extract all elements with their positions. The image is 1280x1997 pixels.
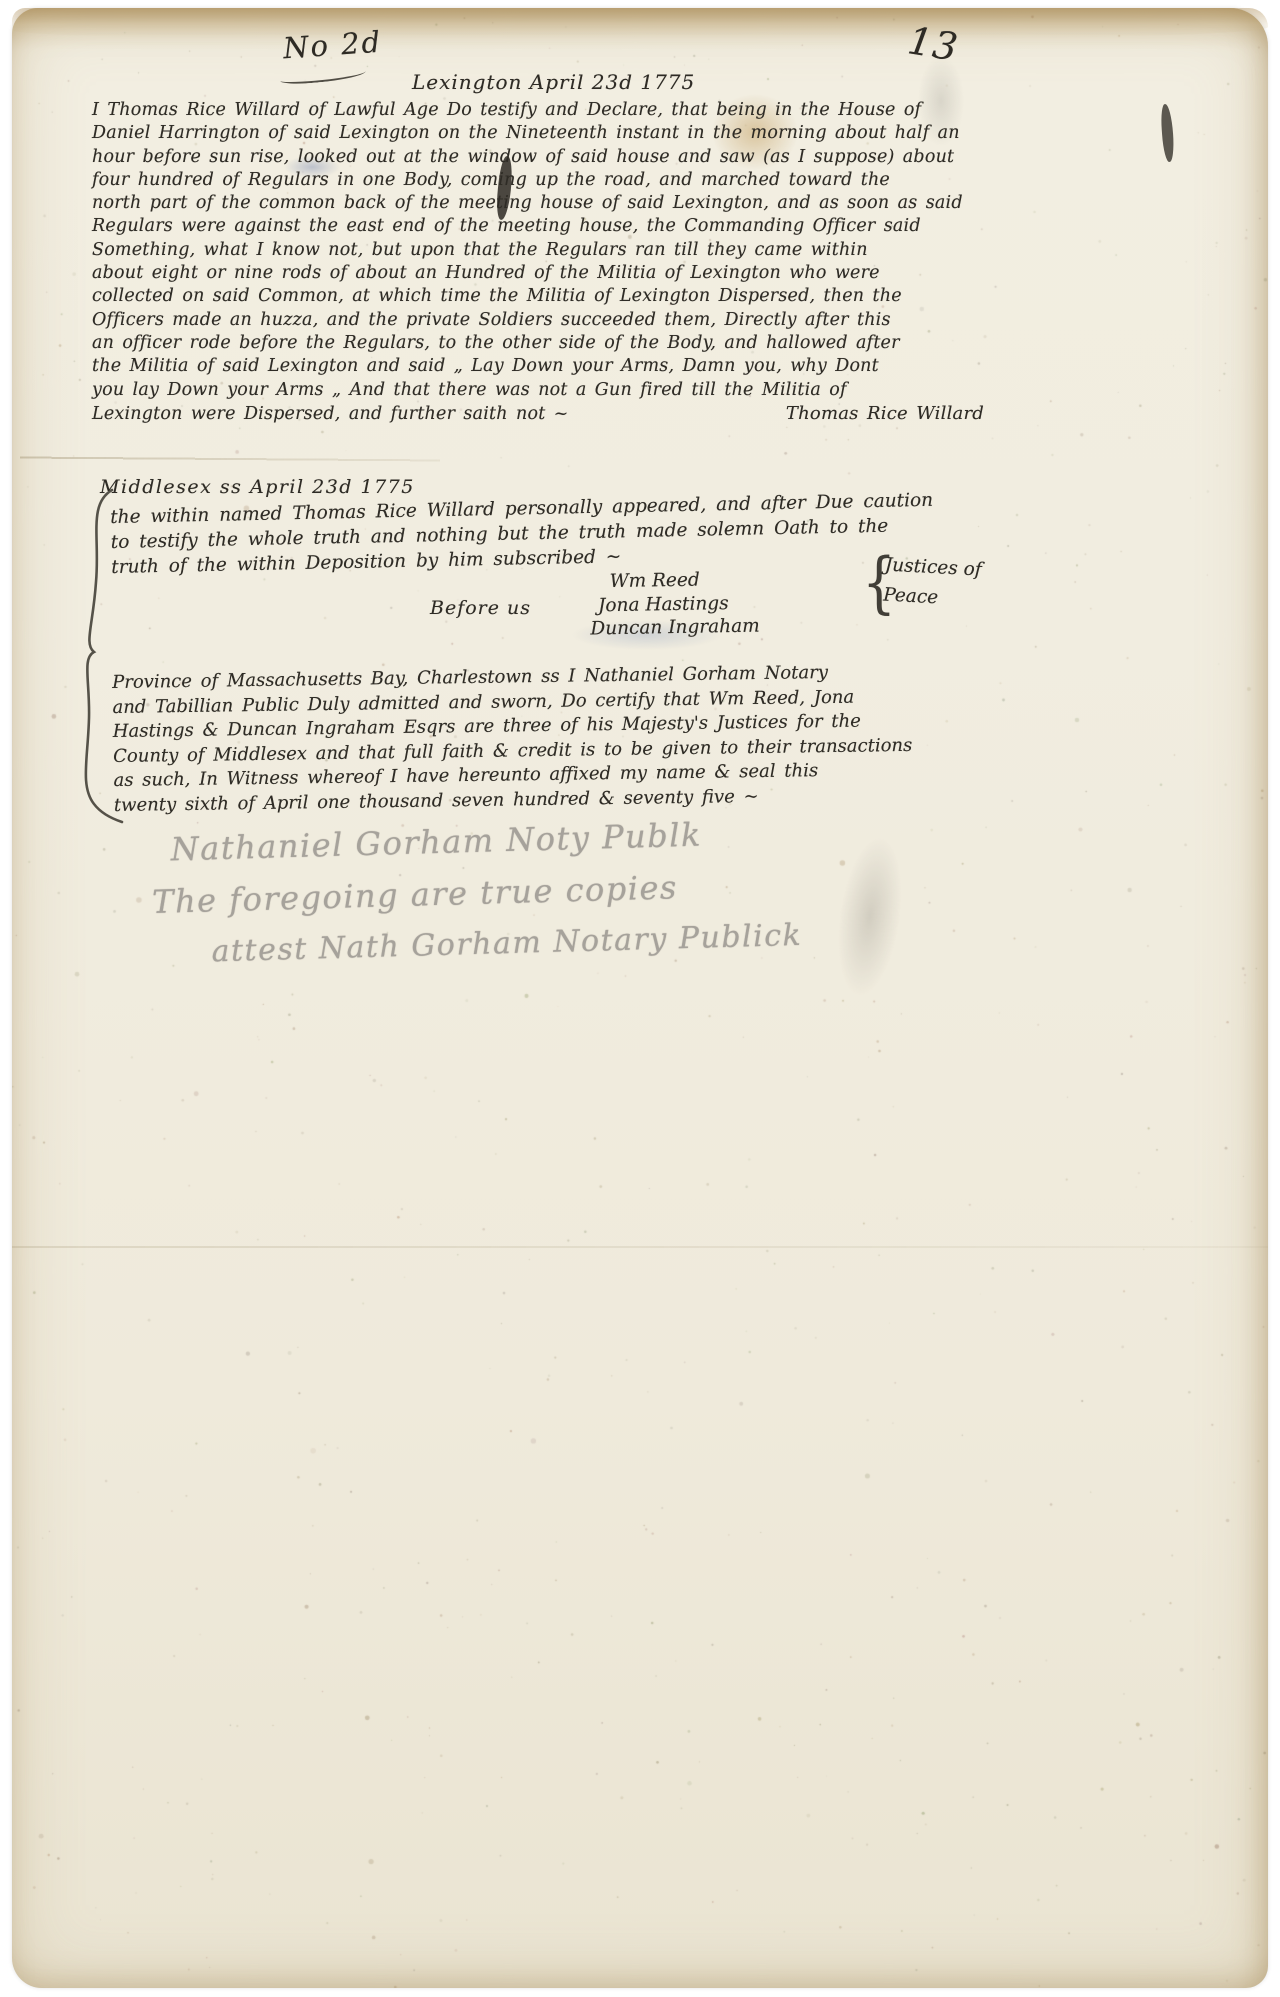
deposition-line: an officer rode before the Regulars, to …	[92, 332, 984, 355]
justice-signature: Jona Hastings	[598, 591, 760, 617]
deposition-line: four hundred of Regulars in one Body, co…	[92, 169, 984, 192]
deposition-line: hour before sun rise, looked out at the …	[92, 146, 984, 169]
deposition-line: north part of the common back of the mee…	[92, 192, 984, 215]
scanned-page-background: { "colors": { "ink": "#2e2b25", "pencil"…	[0, 0, 1280, 1997]
deposition-line: Daniel Harrington of said Lexington on t…	[92, 122, 984, 145]
deposition-line: collected on said Common, at which time …	[92, 285, 984, 308]
pencil-annotations: Nathaniel Gorham Noty PublkThe foregoing…	[150, 806, 803, 980]
deposition-closing: Lexington were Dispersed, and further sa…	[92, 403, 569, 426]
deposition-line: you lay Down your Arms „ And that there …	[92, 379, 984, 402]
ink-blot	[1160, 104, 1175, 163]
justices-label-line: Peace	[882, 580, 980, 615]
deposition-line: I Thomas Rice Willard of Lawful Age Do t…	[92, 99, 984, 122]
notary-certificate: Province of Massachusetts Bay, Charlesto…	[112, 659, 994, 819]
paper-crease	[20, 457, 440, 461]
justice-signature: Duncan Ingraham	[590, 615, 760, 641]
justices-of-peace-label: Justices of Peace	[882, 551, 982, 616]
underline-flourish	[280, 66, 367, 85]
deposition-lines: I Thomas Rice Willard of Lawful Age Do t…	[92, 99, 984, 402]
deposition-line: Something, what I know not, but upon tha…	[92, 239, 984, 262]
before-us-label: Before us	[430, 597, 531, 619]
justice-signatures: Wm ReedJona HastingsDuncan Ingraham	[589, 568, 759, 641]
deposition-body: I Thomas Rice Willard of Lawful Age Do t…	[92, 99, 984, 426]
document-number-label: No 2d	[282, 25, 383, 66]
deposition-final-line: Lexington were Dispersed, and further sa…	[92, 402, 984, 426]
paper-fold-line	[12, 1246, 1268, 1248]
torn-paper-edge	[12, 8, 1268, 38]
deposition-dateline: Lexington April 23d 1775	[412, 70, 695, 94]
justice-signature: Wm Reed	[609, 568, 759, 594]
deponent-signature: Thomas Rice Willard	[768, 402, 984, 425]
jurat-heading: Middlesex ss April 23d 1775	[100, 476, 415, 498]
gray-smudge	[829, 833, 911, 1000]
page-number: 13	[905, 18, 962, 69]
jurat-body: the within named Thomas Rice Willard per…	[110, 487, 961, 580]
deposition-line: about eight or nine rods of about an Hun…	[92, 262, 984, 285]
deposition-line: the Militia of said Lexington and said „…	[92, 355, 984, 378]
deposition-line: Regulars were against the east end of th…	[92, 215, 984, 238]
deposition-line: Officers made an huzza, and the private …	[92, 309, 984, 332]
manuscript-paper-sheet: No 2d 13 Lexington April 23d 1775 I Thom…	[12, 8, 1268, 1988]
